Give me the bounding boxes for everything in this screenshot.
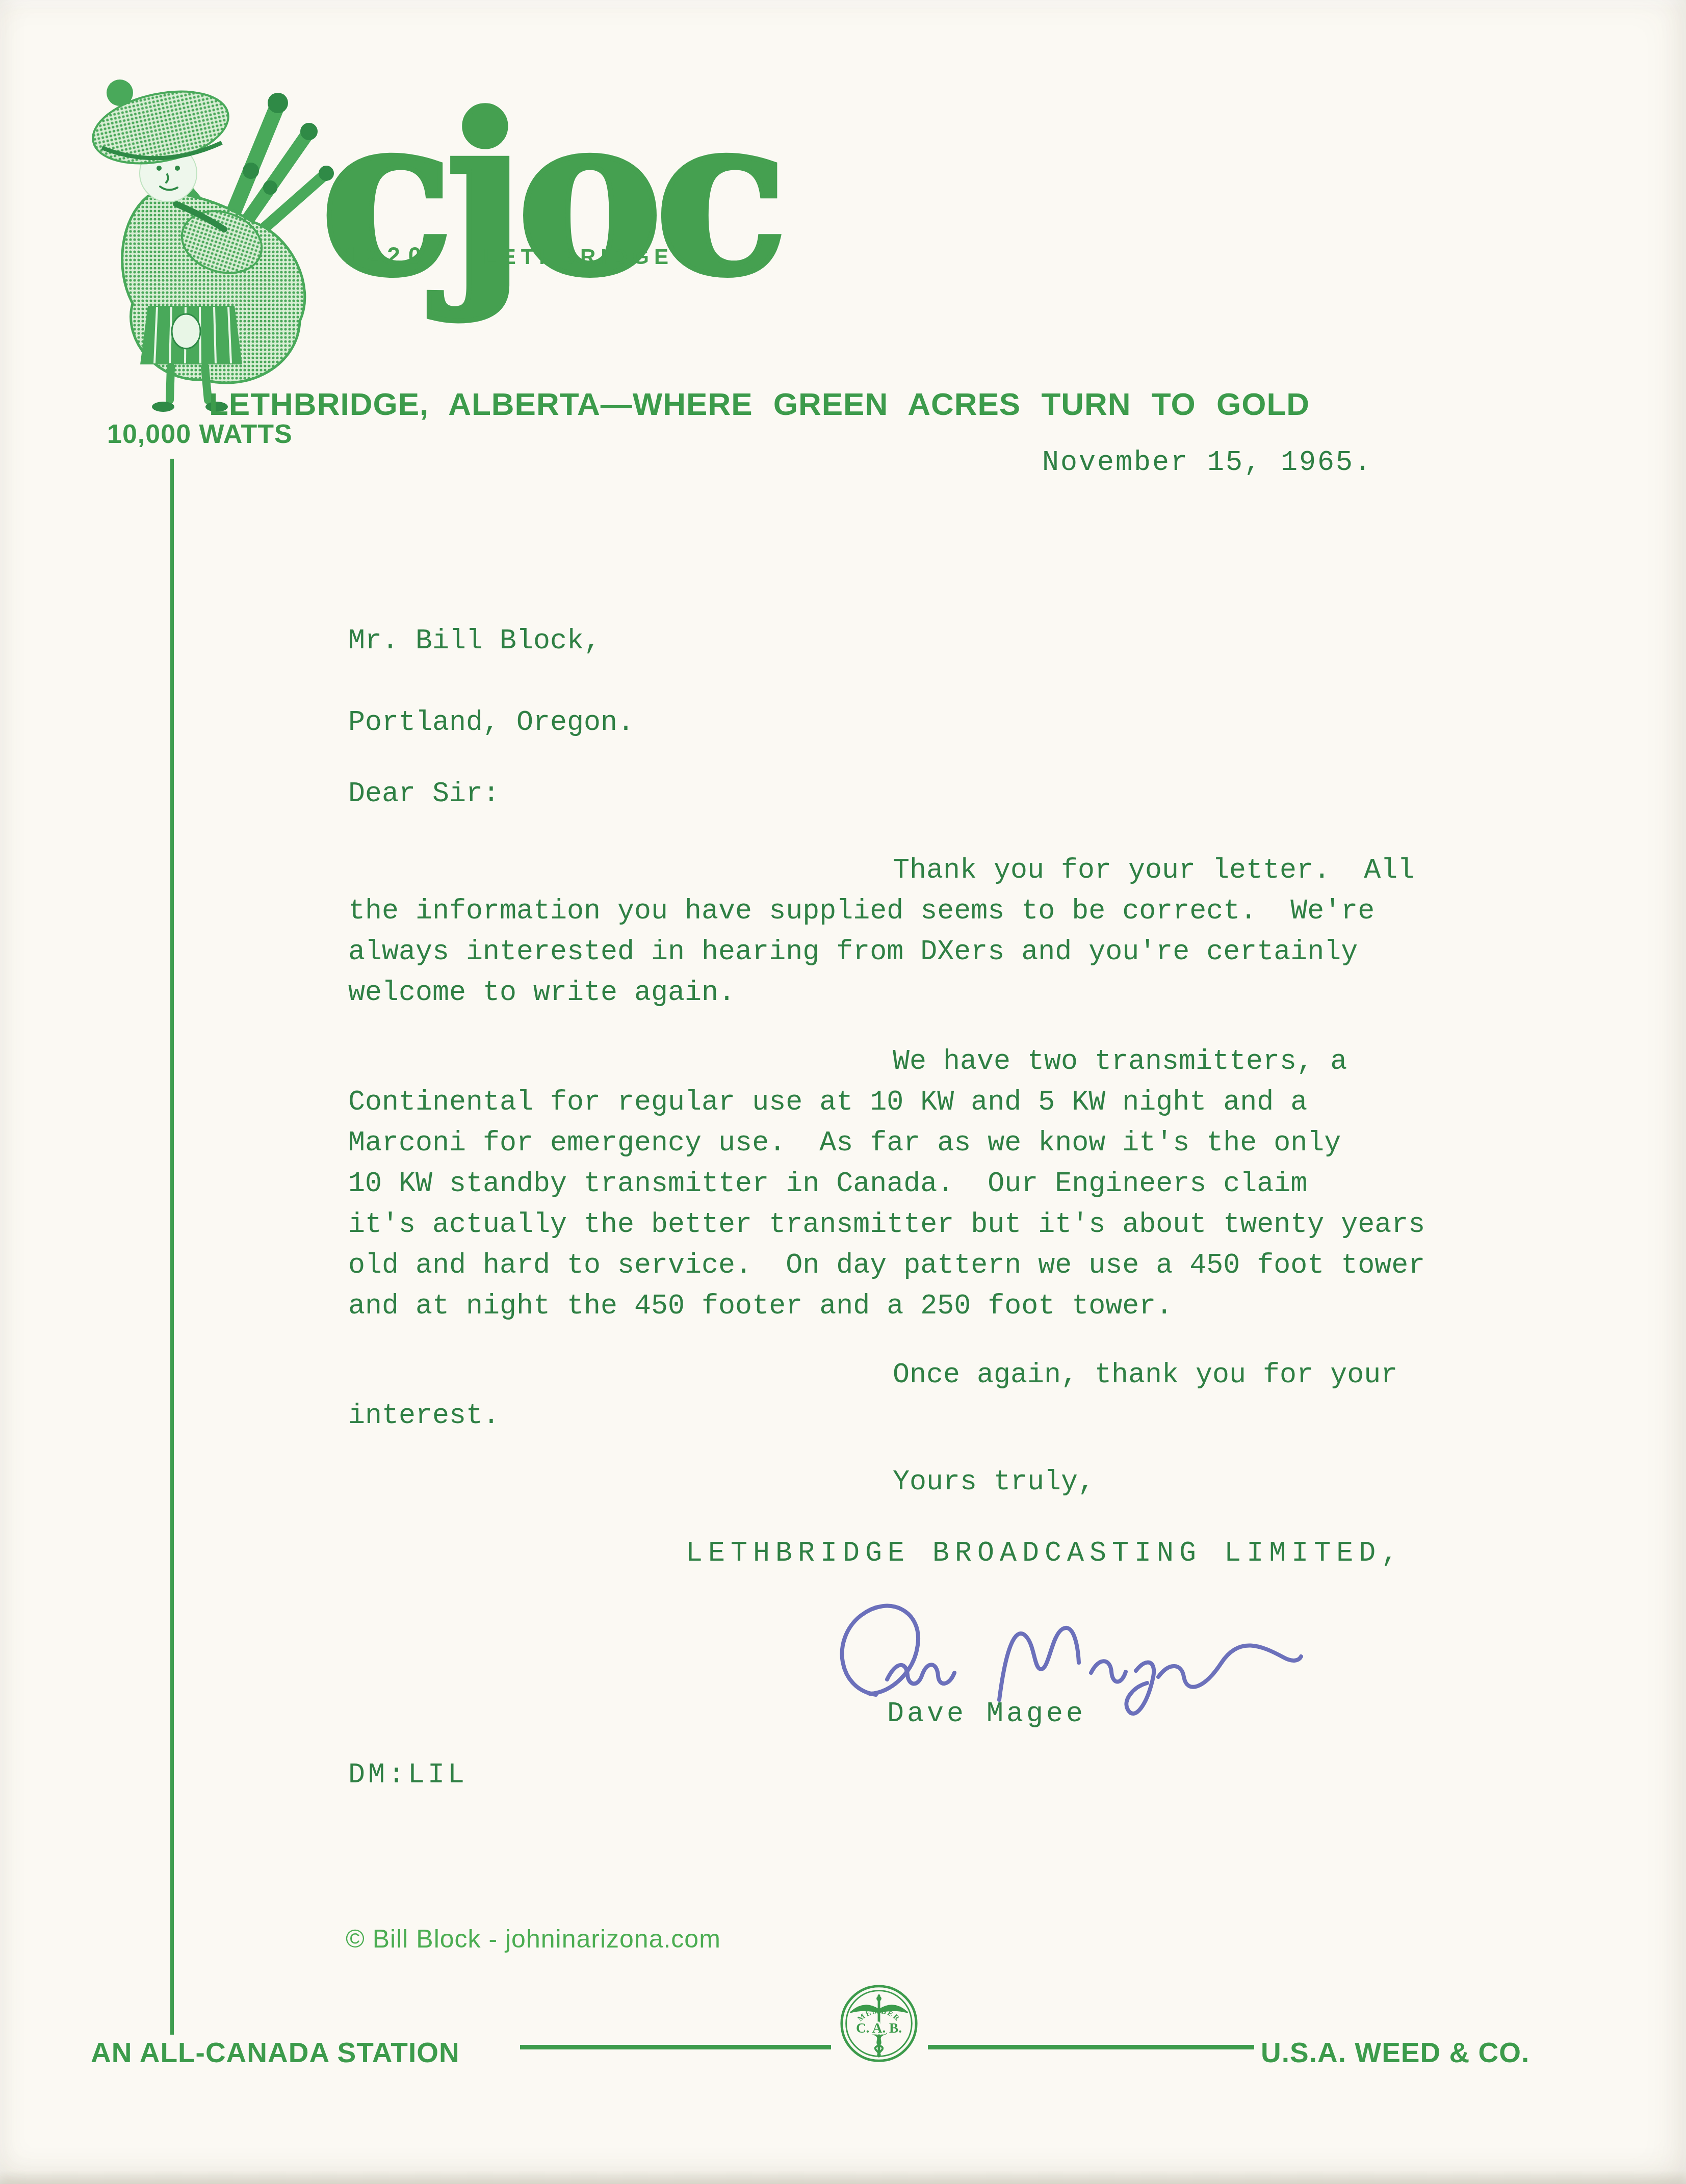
footer-left-text: AN ALL-CANADA STATION [91, 2036, 460, 2069]
station-city: LETHBRIDGE [483, 245, 673, 269]
scan-watermark: © Bill Block - johninarizona.com [346, 1924, 721, 1954]
company-name: LETHBRIDGE BROADCASTING LIMITED, [686, 1533, 1404, 1574]
letter-line: welcome to write again. [348, 972, 1500, 1013]
station-logo: cjoc [320, 86, 780, 305]
letter-line: We have two transmitters, a [348, 1041, 1500, 1082]
footer-rule-right [928, 2045, 1254, 2049]
letter-line: Once again, thank you for your [348, 1355, 1500, 1396]
letter-line: and at night the 450 footer and a 250 fo… [348, 1286, 1500, 1327]
letter-line: it's actually the better transmitter but… [348, 1204, 1500, 1245]
bagpiper-mascot-icon [71, 66, 336, 423]
paragraph-1: Thank you for your letter. Allthe inform… [348, 850, 1500, 1013]
recipient-city: Portland, Oregon. [348, 702, 634, 743]
letter-line: the information you have supplied seems … [348, 891, 1500, 932]
letter-page: cjoc 1220 LETHBRIDGE LETHBRIDGE, ALBERTA… [0, 0, 1686, 2184]
typist-initials: DM:LIL [348, 1755, 468, 1796]
paragraph-2: We have two transmitters, aContinental f… [348, 1041, 1500, 1327]
cab-member-seal-icon: MEMBER C. A. B. [839, 1984, 919, 2063]
letter-line: old and hard to service. On day pattern … [348, 1245, 1500, 1286]
letter-line: 10 KW standby transmitter in Canada. Our… [348, 1164, 1500, 1204]
station-power: 10,000 WATTS [107, 419, 293, 450]
footer-rule-left [520, 2045, 831, 2049]
left-margin-rule [170, 459, 174, 2035]
closing-phrase: Yours truly, [893, 1462, 1095, 1503]
signer-name: Dave Magee [887, 1694, 1086, 1734]
station-frequency: 1220 [345, 242, 429, 269]
letter-line: always interested in hearing from DXers … [348, 932, 1500, 972]
salutation: Dear Sir: [348, 774, 500, 814]
letter-date: November 15, 1965. [1042, 442, 1372, 483]
scan-bottom-edge [0, 2171, 1686, 2184]
letter-line: Thank you for your letter. All [348, 850, 1500, 891]
footer-right-text: U.S.A. WEED & CO. [1261, 2036, 1529, 2069]
recipient-name: Mr. Bill Block, [348, 621, 601, 662]
station-tagline: LETHBRIDGE, ALBERTA—WHERE GREEN ACRES TU… [209, 386, 1310, 423]
seal-org-text: C. A. B. [856, 2020, 902, 2036]
letter-line: Continental for regular use at 10 KW and… [348, 1082, 1500, 1123]
letter-line: interest. [348, 1396, 1500, 1436]
letter-line: Marconi for emergency use. As far as we … [348, 1123, 1500, 1164]
paragraph-3: Once again, thank you for yourinterest. [348, 1355, 1500, 1436]
